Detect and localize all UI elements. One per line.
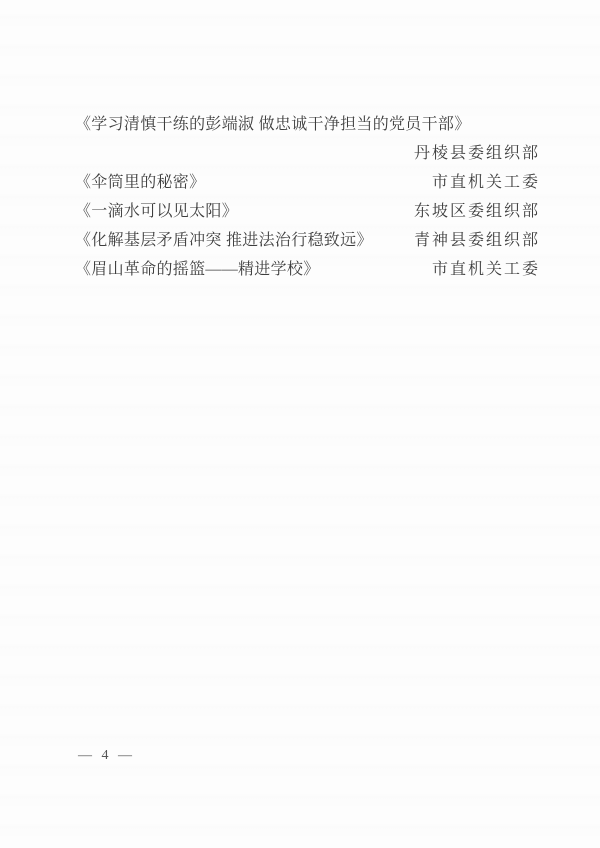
entry-row: 《化解基层矛盾冲突 推进法治行稳致远》 青神县委组织部 (75, 226, 540, 255)
entry-title: 《伞筒里的秘密》 (75, 168, 205, 197)
entry-row: 《一滴水可以见太阳》 东坡区委组织部 (75, 197, 540, 226)
entry-org: 市直机关工委 (432, 255, 540, 284)
entry-row: 《眉山革命的摇篮——精进学校》 市直机关工委 (75, 255, 540, 284)
entry-row: 《伞筒里的秘密》 市直机关工委 (75, 168, 540, 197)
entry-title: 《一滴水可以见太阳》 (75, 197, 238, 226)
entry-title: 《眉山革命的摇篮——精进学校》 (75, 255, 320, 284)
document-page: 《学习清慎干练的彭端淑 做忠诚干净担当的党员干部》 丹棱县委组织部 《伞筒里的秘… (0, 0, 600, 848)
entry-org: 东坡区委组织部 (414, 197, 540, 226)
entry-org: 丹棱县委组织部 (414, 139, 540, 168)
entry-title: 《化解基层矛盾冲突 推进法治行稳致远》 (75, 226, 373, 255)
entry-title: 《学习清慎干练的彭端淑 做忠诚干净担当的党员干部》 (75, 110, 471, 139)
entry-org-row: 丹棱县委组织部 (75, 139, 540, 168)
entry-list: 《学习清慎干练的彭端淑 做忠诚干净担当的党员干部》 丹棱县委组织部 《伞筒里的秘… (75, 110, 540, 284)
entry-org: 青神县委组织部 (414, 226, 540, 255)
entry-row: 《学习清慎干练的彭端淑 做忠诚干净担当的党员干部》 (75, 110, 540, 139)
entry-org: 市直机关工委 (432, 168, 540, 197)
page-number: — 4 — (78, 746, 135, 766)
